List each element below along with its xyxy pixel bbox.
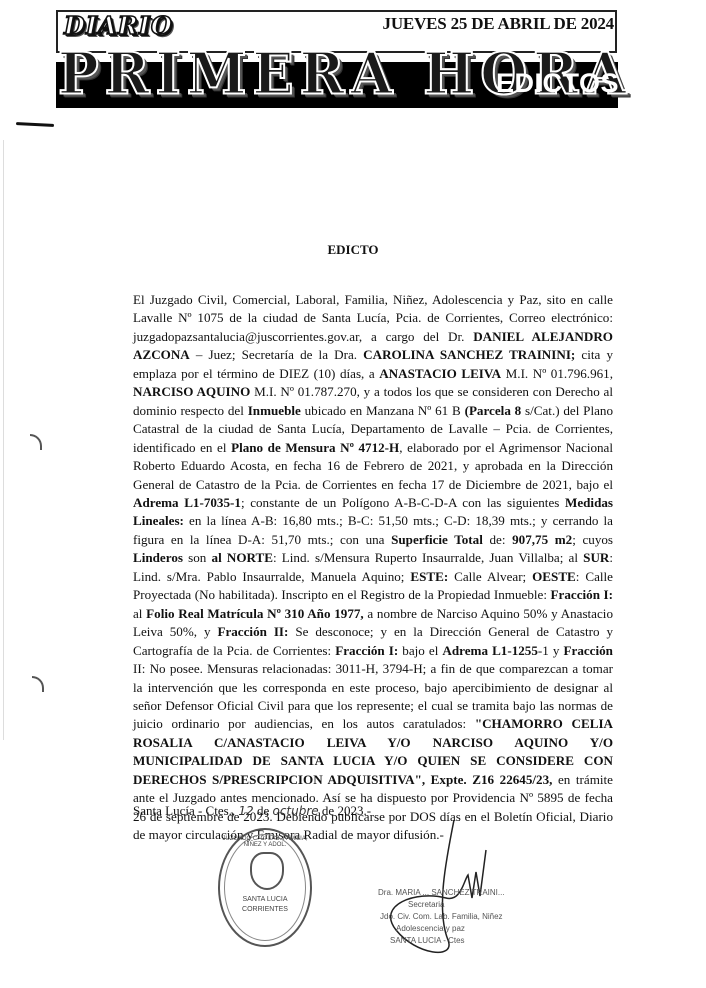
bold-run: ESTE: [410,569,448,584]
bold-run: 907,75 m2 [512,532,572,547]
place-label: Santa Lucía - Ctes., [133,803,238,818]
year-label: de 2023.- [319,803,371,818]
signer-name: Dra. MARIA ... SANCHEZ TRAINI... [378,888,505,897]
text-run: -1 y [538,643,564,658]
brand-top: DIARIO [64,11,173,40]
signature-block: Dra. MARIA ... SANCHEZ TRAINI... Secreta… [376,820,506,970]
edict-body: El Juzgado Civil, Comercial, Laboral, Fa… [133,291,613,845]
handwritten-month: octubre [272,804,318,818]
bold-run: OESTE [532,569,576,584]
bold-run: al NORTE [212,550,273,565]
text-run: ; cuyos [572,532,613,547]
seal-city: SANTA LUCIA [220,896,310,903]
text-run: bajo el [398,643,442,658]
bold-run: ANASTACIO LEIVA [379,366,501,381]
seal-ring-text: JUZGADO C. C. LAB. FAMILIA, NIÑEZ Y ADOL… [220,836,310,848]
place-date-line: Santa Lucía - Ctes., 12 de octubre de 20… [133,803,371,819]
scan-edge [3,140,4,740]
text-run: M.I. Nº 01.796.961, [501,366,613,381]
seal-province: CORRIENTES [220,906,310,913]
handwritten-day: 12 [238,804,253,818]
de-label: de [254,803,273,818]
text-run: de: [483,532,512,547]
document-title: EDICTO [0,242,706,258]
signer-court-2: Adolescencia y paz [396,924,465,933]
punch-hole-mark [30,434,42,450]
text-run: ; constante de un Polígono A-B-C-D-A con… [241,495,565,510]
scan-mark [16,122,54,127]
bold-run: (Parcela 8 [465,403,522,418]
text-run: : Lind. s/Mensura Ruperto Insaurralde, J… [273,550,583,565]
issue-date: JUEVES 25 DE ABRIL DE 2024 [383,14,614,34]
bold-run: Fracción [564,643,613,658]
bold-run: Fracción II: [217,624,288,639]
text-run: – Juez; Secretaría de la Dra. [190,347,363,362]
coat-of-arms-icon [250,852,284,890]
signer-court: Jdo. Civ. Com. Lab. Familia, Niñez [380,912,503,921]
edict-paragraph: El Juzgado Civil, Comercial, Laboral, Fa… [133,291,613,845]
text-run: ubicado en Manzana Nº 61 B [301,403,465,418]
text-run: al [133,606,146,621]
bold-run: Plano de Mensura Nº 4712-H [231,440,399,455]
bold-run: Superficie Total [391,532,483,547]
bold-run: CAROLINA SANCHEZ TRAININI; [363,347,575,362]
bold-run: Inmueble [248,403,301,418]
bold-run: Fracción I: [335,643,398,658]
text-run: Calle Alvear; [448,569,532,584]
punch-hole-mark [32,676,44,692]
signer-role: Secretaria [408,900,444,909]
bold-run: NARCISO AQUINO [133,384,250,399]
bold-run: SUR [583,550,609,565]
bold-run: Folio Real Matrícula Nº 310 Año 1977, [146,606,364,621]
section-label: EDICTOS [496,68,619,99]
bold-run: Fracción I: [551,587,613,602]
bold-run: Adrema L1-1255 [442,643,537,658]
bold-run: Linderos [133,550,183,565]
bold-run: Adrema L1-7035-1 [133,495,241,510]
court-seal: JUZGADO C. C. LAB. FAMILIA, NIÑEZ Y ADOL… [218,828,312,947]
signer-location: SANTA LUCIA - Ctes [390,936,465,945]
text-run: son [183,550,212,565]
